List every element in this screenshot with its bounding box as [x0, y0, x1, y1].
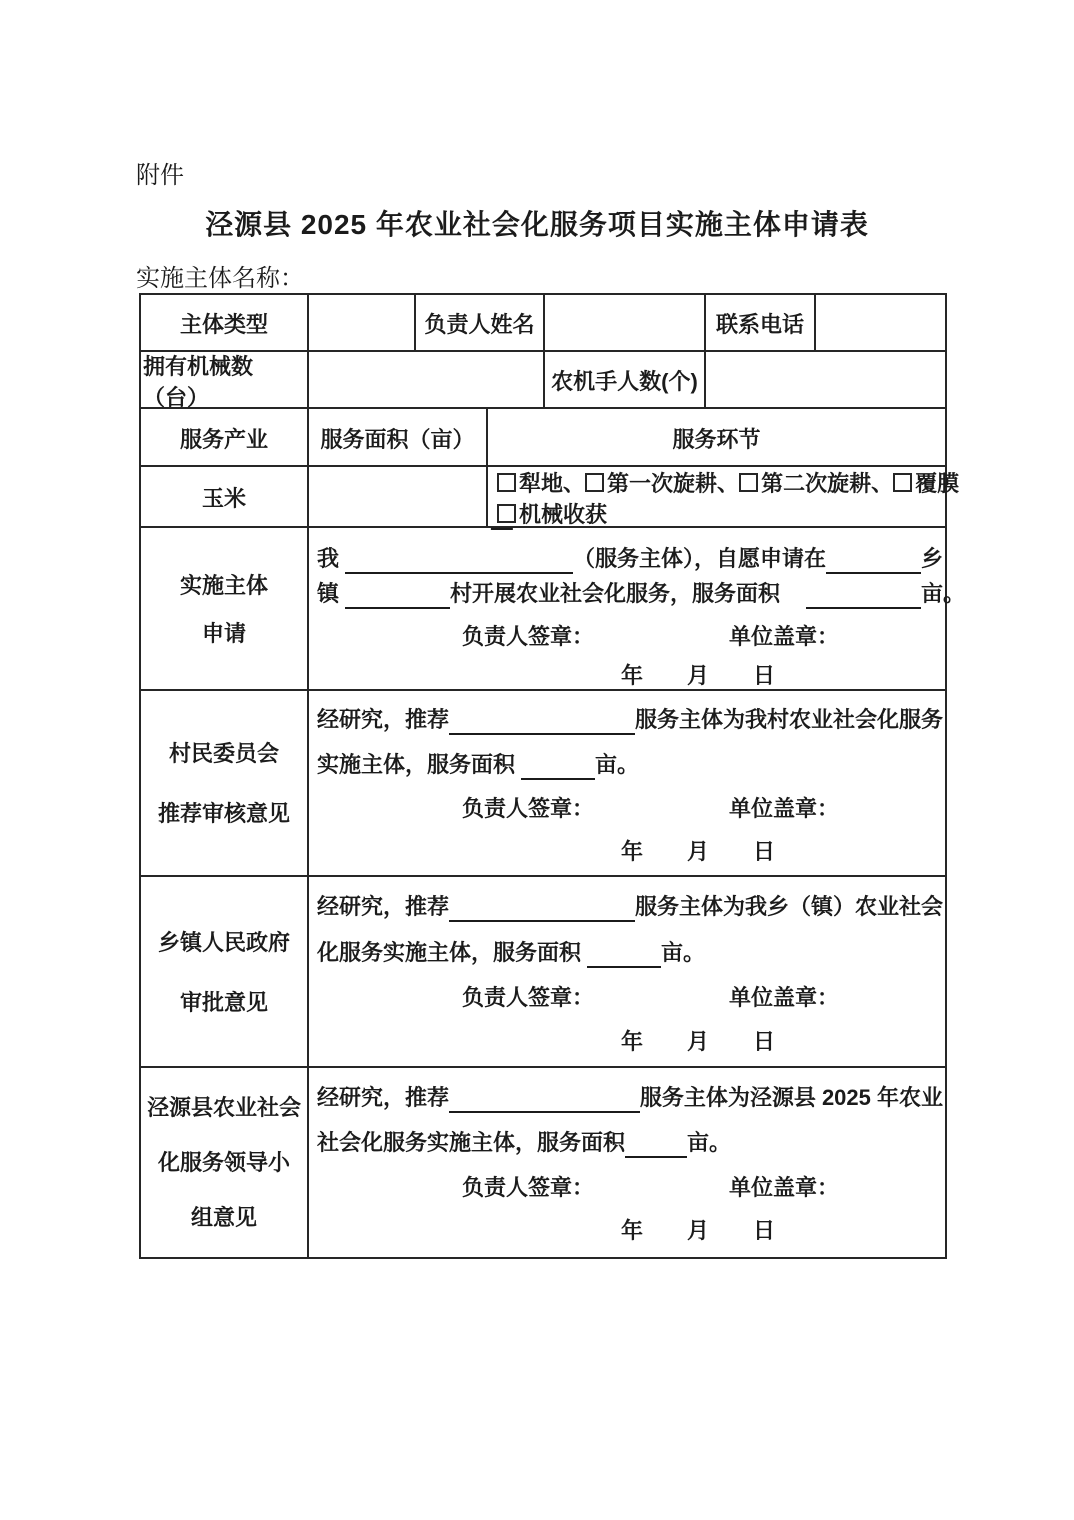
subject-type-label: 主体类型 [141, 295, 309, 352]
county-review-seg-after: 服务主体为泾源县 2025 年农业 [640, 1082, 943, 1113]
checkbox-plow-land[interactable] [497, 473, 516, 492]
county-review-area-blank[interactable] [625, 1127, 687, 1158]
checkbox-second-rotary-tillage-label: 第二次旋耕 [761, 467, 871, 498]
village-review-area-blank[interactable] [521, 749, 595, 780]
township-review-date-line: 年月日 [317, 1025, 943, 1057]
application-seg-mu: 亩。 [921, 578, 965, 609]
dash-mark: — [491, 517, 513, 539]
row-township-review: 乡镇人民政府 审批意见 经研究，推荐服务主体为我乡（镇）农业社会 化服务实施主体… [141, 877, 945, 1068]
date-month: 月 [687, 661, 709, 691]
application-seg-we: 我 [317, 543, 339, 574]
village-review-seg-intro: 经研究，推荐 [317, 704, 449, 735]
sign-label: 负责人签章： [462, 982, 594, 1013]
date-day: 日 [753, 1027, 775, 1057]
operator-count-label: 农机手人数(个) [545, 352, 706, 409]
application-label-line1: 实施主体 [180, 562, 268, 610]
row-village-review: 村民委员会 推荐审核意见 经研究，推荐服务主体为我村农业社会化服务 实施主体，服… [141, 691, 945, 877]
county-review-content: 经研究，推荐服务主体为泾源县 2025 年农业 社会化服务实施主体，服务面积亩。… [309, 1068, 945, 1257]
township-review-label-line2: 审批意见 [180, 973, 268, 1033]
county-review-section-label: 泾源县农业社会 化服务领导小 组意见 [141, 1068, 309, 1257]
sign-label: 负责人签章： [462, 1172, 594, 1203]
date-year: 年 [621, 1027, 643, 1057]
checkbox-first-rotary-tillage[interactable] [585, 473, 604, 492]
seal-label: 单位盖章： [729, 1172, 839, 1203]
document-page: 附件 泾源县 2025 年农业社会化服务项目实施主体申请表 实施主体名称： 主体… [0, 0, 1074, 1520]
application-seg-subject: （服务主体），自愿申请在 [573, 543, 826, 574]
checkbox-first-rotary-tillage-label: 第一次旋耕 [607, 467, 717, 498]
machine-count-label: 拥有机械数（台） [141, 352, 309, 409]
date-year: 年 [621, 661, 643, 691]
township-review-section-label: 乡镇人民政府 审批意见 [141, 877, 309, 1068]
crop-area-field[interactable] [309, 467, 488, 528]
phone-label: 联系电话 [706, 295, 816, 352]
application-seg-village: 村开展农业社会化服务，服务面积 [450, 578, 780, 609]
row-application: 实施主体 申请 我—（服务主体），自愿申请在乡 镇村开展农业社会化服务，服务面积… [141, 528, 945, 691]
seal-label: 单位盖章： [729, 621, 839, 652]
row-county-review: 泾源县农业社会 化服务领导小 组意见 经研究，推荐服务主体为泾源县 2025 年… [141, 1068, 945, 1257]
application-line-1: 我—（服务主体），自愿申请在乡 [317, 538, 943, 574]
service-links-cell: 犁地、第一次旋耕、第二次旋耕、覆膜 机械收获 [488, 467, 945, 528]
leader-name-field[interactable] [545, 295, 706, 352]
application-content: 我—（服务主体），自愿申请在乡 镇村开展农业社会化服务，服务面积亩。 负责人签章… [309, 528, 945, 691]
county-review-date-line: 年月日 [317, 1214, 943, 1246]
page-title: 泾源县 2025 年农业社会化服务项目实施主体申请表 [0, 203, 1074, 243]
county-review-line-1: 经研究，推荐服务主体为泾源县 2025 年农业 [317, 1079, 943, 1113]
separator: 、 [563, 467, 585, 498]
county-review-seg-intro: 经研究，推荐 [317, 1082, 449, 1113]
leader-name-label: 负责人姓名 [416, 295, 545, 352]
village-review-section-label: 村民委员会 推荐审核意见 [141, 691, 309, 877]
township-review-label-line1: 乡镇人民政府 [158, 913, 290, 973]
township-review-subject-blank[interactable] [449, 891, 635, 922]
township-review-seg-intro: 经研究，推荐 [317, 891, 449, 922]
date-year: 年 [621, 1216, 643, 1246]
attachment-label: 附件 [136, 155, 184, 190]
application-date-line: 年月日 [317, 660, 943, 691]
application-seg-township: 乡 [921, 543, 943, 574]
date-month: 月 [687, 1216, 709, 1246]
village-review-signature-line: 负责人签章：单位盖章： [317, 790, 943, 824]
date-day: 日 [753, 661, 775, 691]
checkbox-film-mulching-label: 覆膜 [915, 467, 959, 498]
village-review-seg-after: 服务主体为我村农业社会化服务 [635, 704, 943, 735]
service-links-line-1: 犁地、第一次旋耕、第二次旋耕、覆膜 [497, 467, 959, 498]
village-review-line-2: 实施主体，服务面积亩。 [317, 746, 943, 780]
row-service-corn: 玉米 犁地、第一次旋耕、第二次旋耕、覆膜 机械收获 [141, 467, 945, 528]
township-review-signature-line: 负责人签章：单位盖章： [317, 979, 943, 1013]
county-review-line-2: 社会化服务实施主体，服务面积亩。 [317, 1124, 943, 1158]
application-line-2: 镇村开展农业社会化服务，服务面积亩。 [317, 574, 943, 610]
application-form-table: 主体类型 负责人姓名 联系电话 拥有机械数（台） 农机手人数(个) 服务产业 服… [139, 293, 947, 1259]
row-basic-info: 主体类型 负责人姓名 联系电话 [141, 295, 945, 352]
county-review-label-line1: 泾源县农业社会 [147, 1080, 301, 1135]
village-review-label-line1: 村民委员会 [169, 724, 279, 784]
township-review-area-blank[interactable] [587, 937, 661, 968]
date-day: 日 [753, 837, 775, 867]
application-signature-line: 负责人签章：单位盖章： [317, 619, 943, 652]
date-day: 日 [753, 1216, 775, 1246]
date-year: 年 [621, 837, 643, 867]
checkbox-film-mulching[interactable] [893, 473, 912, 492]
application-section-label: 实施主体 申请 [141, 528, 309, 691]
date-month: 月 [687, 1027, 709, 1057]
seal-label: 单位盖章： [729, 982, 839, 1013]
township-review-content: 经研究，推荐服务主体为我乡（镇）农业社会 化服务实施主体，服务面积亩。 负责人签… [309, 877, 945, 1068]
checkbox-machine-harvest-label: 机械收获 [519, 498, 607, 529]
application-label-line2: 申请 [202, 610, 246, 658]
subject-type-field[interactable] [309, 295, 416, 352]
separator: 、 [717, 467, 739, 498]
crop-name: 玉米 [141, 467, 309, 528]
village-review-line-1: 经研究，推荐服务主体为我村农业社会化服务 [317, 701, 943, 735]
village-review-label-line2: 推荐审核意见 [158, 784, 290, 844]
sign-label: 负责人签章： [462, 621, 594, 652]
township-review-line-2: 化服务实施主体，服务面积亩。 [317, 934, 943, 968]
subject-name-label: 实施主体名称： [136, 258, 304, 293]
village-review-date-line: 年月日 [317, 835, 943, 867]
operator-count-field[interactable] [706, 352, 945, 409]
machine-count-field[interactable] [309, 352, 545, 409]
village-review-seg-prefix: 实施主体，服务面积 [317, 749, 515, 780]
county-review-subject-blank[interactable] [449, 1082, 640, 1113]
county-review-signature-line: 负责人签章：单位盖章： [317, 1169, 943, 1203]
county-review-label-line3: 组意见 [191, 1190, 257, 1245]
village-review-subject-blank[interactable] [449, 704, 635, 735]
service-links-header: 服务环节 [488, 409, 945, 467]
township-review-seg-prefix: 化服务实施主体，服务面积 [317, 937, 581, 968]
checkbox-plow-land-label: 犁地 [519, 467, 563, 498]
county-review-seg-prefix: 社会化服务实施主体，服务面积 [317, 1127, 625, 1158]
county-review-seg-mu: 亩。 [687, 1127, 731, 1158]
phone-field[interactable] [816, 295, 945, 352]
application-subject-blank[interactable]: — [345, 543, 573, 574]
separator: 、 [871, 467, 893, 498]
township-review-seg-mu: 亩。 [661, 937, 705, 968]
application-seg-town: 镇 [317, 578, 339, 609]
service-links-line-2: 机械收获 [497, 498, 607, 529]
village-review-seg-mu: 亩。 [595, 749, 639, 780]
village-review-content: 经研究，推荐服务主体为我村农业社会化服务 实施主体，服务面积亩。 负责人签章：单… [309, 691, 945, 877]
application-township-blank[interactable] [826, 543, 921, 574]
county-review-label-line2: 化服务领导小 [158, 1135, 290, 1190]
checkbox-second-rotary-tillage[interactable] [739, 473, 758, 492]
application-village-blank[interactable] [345, 578, 450, 609]
date-month: 月 [687, 837, 709, 867]
row-service-header: 服务产业 服务面积（亩） 服务环节 [141, 409, 945, 467]
seal-label: 单位盖章： [729, 793, 839, 824]
service-industry-header: 服务产业 [141, 409, 309, 467]
row-machinery: 拥有机械数（台） 农机手人数(个) [141, 352, 945, 409]
service-area-header: 服务面积（亩） [309, 409, 488, 467]
township-review-seg-after: 服务主体为我乡（镇）农业社会 [635, 891, 943, 922]
application-area-blank[interactable] [806, 578, 921, 609]
township-review-line-1: 经研究，推荐服务主体为我乡（镇）农业社会 [317, 888, 943, 922]
sign-label: 负责人签章： [462, 793, 594, 824]
